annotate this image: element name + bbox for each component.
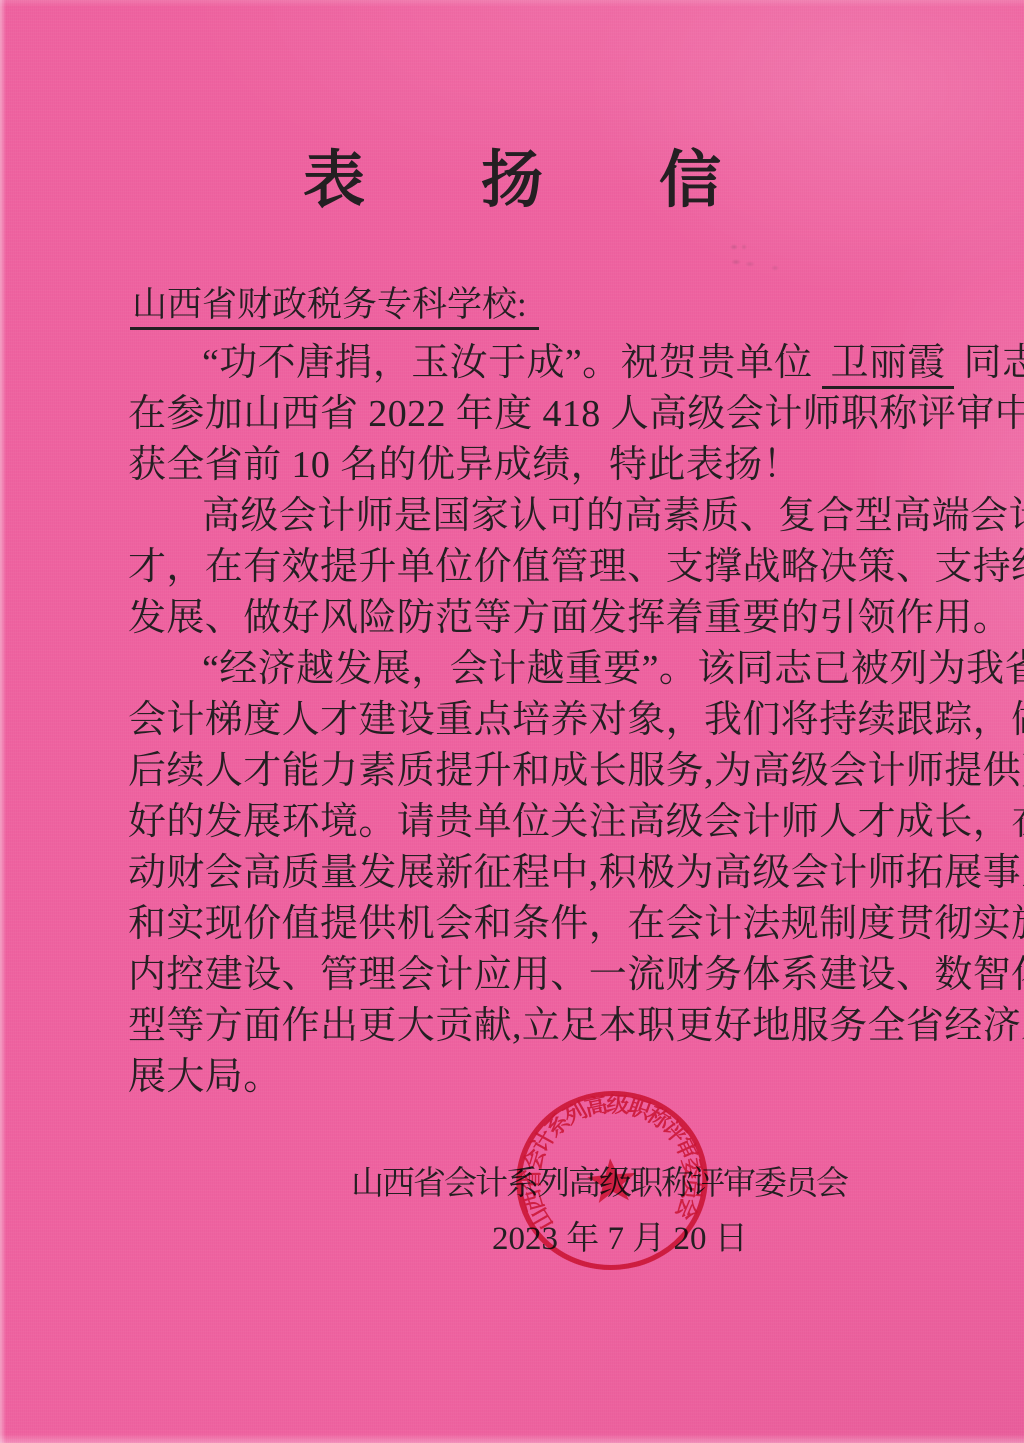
signature-committee: 山西省会计系列高级职称评审委员会	[351, 1164, 847, 1204]
seal-ring-text: 山西省会计系列高级职称评审委员会	[510, 1084, 711, 1238]
body-line: “经济越发展，会计越重要”。该同志已被列为我省	[128, 644, 918, 695]
title-char-3: 信	[659, 150, 721, 212]
body-line: 发展、做好风险防范等方面发挥着重要的引领作用。	[128, 593, 918, 644]
body-line: 在参加山西省 2022 年度 418 人高级会计师职称评审中荣	[128, 389, 918, 440]
body-line: 展大局。	[128, 1052, 918, 1103]
seal-ring-text-holder: 山西省会计系列高级职称评审委员会	[510, 1084, 711, 1238]
scan-smudge	[720, 238, 800, 276]
body-line: 才，在有效提升单位价值管理、支撑战略决策、支持经营	[128, 542, 918, 593]
letter-title: 表 扬 信	[0, 150, 1024, 212]
body-line: 和实现价值提供机会和条件，在会计法规制度贯彻实施、	[128, 899, 918, 950]
letter-body: “功不唐捐，玉汝于成”。祝贺贵单位 卫丽霞 同志 在参加山西省 2022 年度 …	[128, 338, 918, 1103]
body-line: 型等方面作出更大贡献,立足本职更好地服务全省经济发	[128, 1001, 918, 1052]
body-line: 获全省前 10 名的优异成绩，特此表扬！	[128, 440, 918, 491]
title-char-1: 表	[303, 150, 365, 212]
body-line: 好的发展环境。请贵单位关注高级会计师人才成长，在推	[128, 797, 918, 848]
body-line: 后续人才能力素质提升和成长服务,为高级会计师提供更	[128, 746, 918, 797]
body-line: 内控建设、管理会计应用、一流财务体系建设、数智化转	[128, 950, 918, 1001]
body-line: 会计梯度人才建设重点培养对象，我们将持续跟踪，做好	[128, 695, 918, 746]
title-char-2: 扬	[481, 150, 543, 212]
signature-date: 2023 年 7 月 20 日	[492, 1219, 748, 1259]
p1-l1-pre: “功不唐捐，玉汝于成”。祝贺贵单位	[202, 342, 822, 384]
commendation-letter-page: 表 扬 信 山西省财政税务专科学校: “功不唐捐，玉汝于成”。祝贺贵单位 卫丽霞…	[0, 0, 1024, 1443]
body-line: 动财会高质量发展新征程中,积极为高级会计师拓展事业	[128, 848, 918, 899]
body-line: 高级会计师是国家认可的高素质、复合型高端会计人	[128, 491, 918, 542]
salutation-text: 山西省财政税务专科学校:	[130, 285, 539, 330]
body-line: “功不唐捐，玉汝于成”。祝贺贵单位 卫丽霞 同志	[128, 338, 918, 389]
p1-l1-post: 同志	[954, 342, 1024, 384]
salutation: 山西省财政税务专科学校:	[130, 285, 539, 325]
recipient-name-underlined: 卫丽霞	[822, 342, 953, 389]
